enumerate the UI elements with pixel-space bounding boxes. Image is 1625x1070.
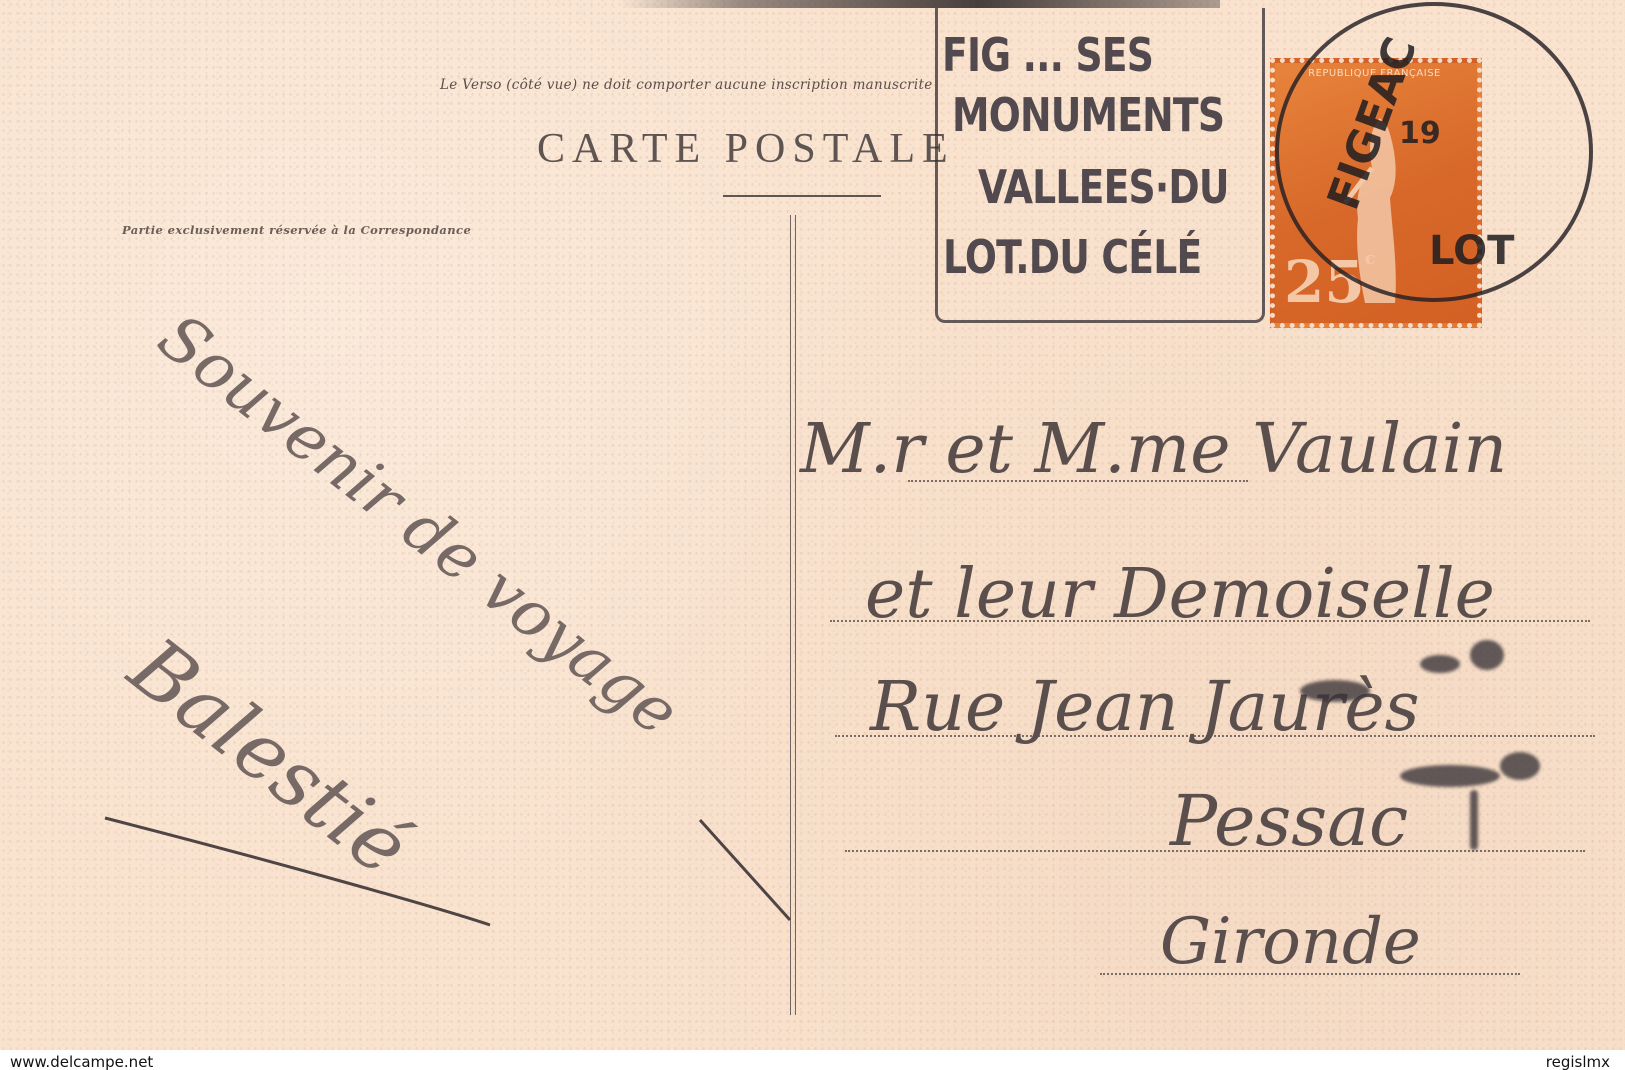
source-watermark: www.delcampe.net (10, 1053, 153, 1070)
ink-blot (1420, 655, 1460, 673)
ink-blot (1470, 640, 1504, 670)
postcard-back: Le Verso (côté vue) ne doit comporter au… (0, 0, 1625, 1050)
ink-blot (1500, 752, 1540, 780)
postcard-title: CARTE POSTALE (537, 125, 955, 173)
address-recipient: M.r et M.me Vaulain (800, 410, 1507, 489)
seller-name: regislmx (1546, 1053, 1610, 1070)
ink-blot (1300, 680, 1370, 702)
ink-blot (1400, 765, 1500, 787)
cancellation-line-1: FIG ... SES (942, 28, 1153, 82)
address-city: Pessac (1170, 780, 1408, 862)
address-line-2: et leur Demoiselle (865, 555, 1495, 634)
verso-notice: Le Verso (côté vue) ne doit comporter au… (440, 77, 932, 93)
postmark-department: LOT (1429, 228, 1514, 274)
circular-postmark: FIGEAC LOT 19 (1275, 2, 1593, 302)
title-rule (723, 195, 881, 197)
top-smudge (620, 0, 1220, 8)
ink-blot (1470, 790, 1478, 850)
cancellation-line-2: MONUMENTS (952, 88, 1224, 142)
machine-cancellation: FIG ... SES MONUMENTS VALLEES·DU LOT.DU … (935, 8, 1265, 323)
signature-flourish (100, 810, 800, 940)
cancellation-line-4: LOT.DU CÉLÉ (943, 230, 1201, 284)
address-region: Gironde (1160, 905, 1421, 979)
correspondence-label: Partie exclusivement réservée à la Corre… (122, 223, 471, 237)
postmark-date: 19 (1399, 116, 1441, 151)
cancellation-line-3: VALLEES·DU (978, 160, 1229, 214)
